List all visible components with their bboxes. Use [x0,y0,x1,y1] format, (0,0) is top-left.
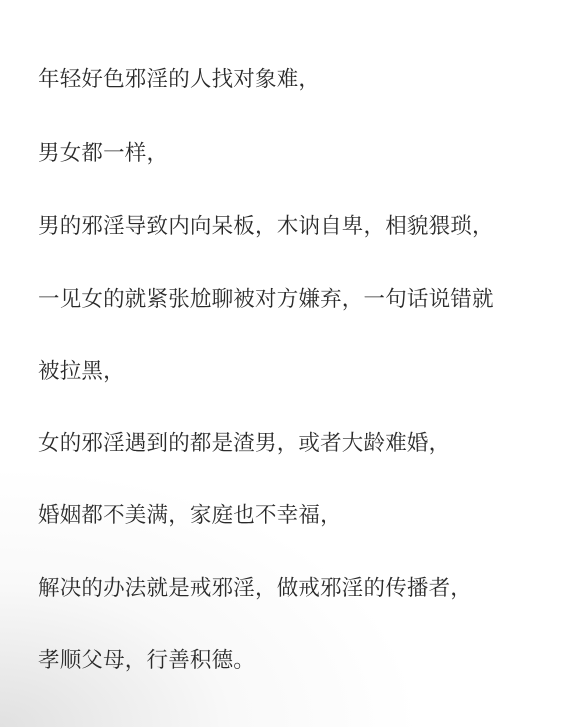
text-line-1: 年轻好色邪淫的人找对象难， [38,67,320,93]
text-line-9: 孝顺父母，行善积德。 [38,648,255,674]
text-line-8: 解决的办法就是戒邪淫，做戒邪淫的传播者， [38,576,472,602]
text-line-2: 男女都一样， [38,141,168,167]
text-line-5: 被拉黑， [38,359,125,385]
text-line-6: 女的邪淫遇到的都是渣男，或者大龄难婚， [38,431,450,457]
text-line-4: 一见女的就紧张尬聊被对方嫌弃，一句话说错就 [38,287,494,313]
text-line-7: 婚姻都不美满，家庭也不幸福， [38,503,342,529]
text-line-3: 男的邪淫导致内向呆板，木讷自卑，相貌猥琐， [38,214,494,240]
text-document: 年轻好色邪淫的人找对象难， 男女都一样， 男的邪淫导致内向呆板，木讷自卑，相貌猥… [0,0,580,727]
